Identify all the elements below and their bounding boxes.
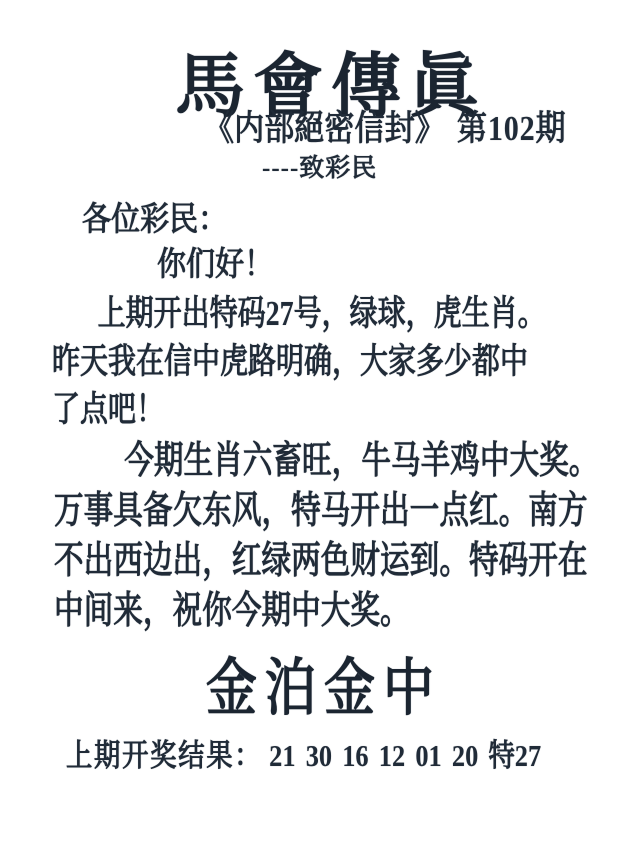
issue-number: 第102期 xyxy=(457,109,567,148)
slogan: 金泊金中 xyxy=(58,638,583,727)
results-line: 上期开奖结果：213016120120特27 xyxy=(66,730,541,775)
fax-letter-page: 馬會傳眞 《内部絕密信封》第102期 ----致彩民 各位彩民： 你们好！ 上期… xyxy=(0,0,640,853)
special-number: 特27 xyxy=(488,738,541,773)
greeting: 你们好！ xyxy=(157,238,273,285)
letter-line: 不出西边出，红绿两色财运到。特码开在 xyxy=(54,536,598,586)
draw-number: 01 xyxy=(415,738,441,773)
dedication-line: ----致彩民 xyxy=(262,148,377,184)
special-number-prefix: 特 xyxy=(488,738,514,773)
results-label: 上期开奖结果： xyxy=(66,738,262,773)
letter-line: 昨天我在信中虎路明确，大家多少都中 xyxy=(52,338,546,386)
draw-number: 16 xyxy=(342,738,368,773)
special-number-value: 27 xyxy=(515,738,541,773)
paragraph-last-draw: 上期开出特码27号，绿球，虎生肖。 昨天我在信中虎路明确，大家多少都中 了点吧！ xyxy=(52,290,546,434)
draw-number: 30 xyxy=(306,738,332,773)
draw-number: 12 xyxy=(379,738,405,773)
paragraph-current-tip: 今期生肖六畜旺，牛马羊鸡中大奖。 万事具备欠东风，特马开出一点红。南方 不出西边… xyxy=(54,436,598,636)
fax-subtitle: 《内部絕密信封》第102期 xyxy=(204,101,567,151)
letter-line: 万事具备欠东风，特马开出一点红。南方 xyxy=(54,486,598,536)
draw-number: 20 xyxy=(452,738,478,773)
salutation: 各位彩民： xyxy=(82,193,227,240)
letter-line: 中间来，祝你今期中大奖。 xyxy=(54,586,598,636)
letter-line: 上期开出特码27号，绿球，虎生肖。 xyxy=(52,290,546,338)
envelope-label: 《内部絕密信封》 xyxy=(204,109,445,148)
draw-number: 21 xyxy=(269,738,295,773)
letter-line: 今期生肖六畜旺，牛马羊鸡中大奖。 xyxy=(54,436,598,486)
letter-line: 了点吧！ xyxy=(52,386,546,434)
